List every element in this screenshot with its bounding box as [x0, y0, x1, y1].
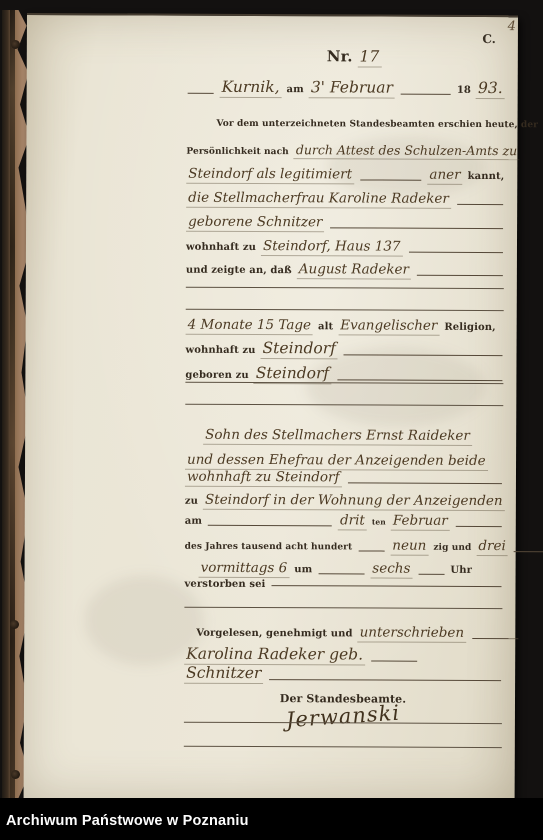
record-number-value: 17: [358, 47, 382, 67]
deceased-line-2: wohnhaft zu Steindorf: [185, 339, 503, 360]
handwritten-text: drei: [476, 538, 507, 556]
handwritten-text: unterschrieben: [358, 624, 467, 642]
handwritten-text: drit: [338, 512, 367, 530]
intro-line-5: geborene Schnitzer: [186, 214, 504, 233]
printed-text: des Jahres tausend acht hundert: [185, 542, 353, 553]
ink-rule: [417, 275, 503, 276]
ink-rule: [271, 585, 501, 587]
handwritten-text: Steindorf: [261, 339, 338, 359]
handwritten-text: sechs: [370, 561, 412, 579]
ink-rule: [358, 550, 384, 551]
printed-text: zu: [185, 496, 198, 507]
handwritten-text: durch Attest des Schulzen-Amts zu: [294, 142, 519, 160]
handwritten-text: geborene Schnitzer: [186, 214, 324, 233]
death-line-4: zu Steindorf in der Wohnung der Anzeigen…: [185, 492, 503, 511]
printed-text: Vorgelesen, genehmigt und: [196, 628, 352, 640]
intro-line-7: und zeigte an, daß August Radeker: [186, 261, 504, 280]
handwritten-signature-text: Schnitzer: [184, 664, 263, 684]
closing-line-2: Karolina Radeker geb.: [184, 645, 502, 666]
ink-rule: [456, 526, 502, 527]
ink-rule: [418, 574, 444, 575]
record-number-label: Nr.: [327, 47, 353, 65]
intro-line-3: Steindorf als legitimiert aner kannt,: [186, 166, 504, 185]
death-line-3: wohnhaft zu Steindorf: [185, 469, 503, 488]
dateline-century: 18: [457, 85, 471, 96]
registrar-signature-line: Jerwanski: [184, 704, 502, 729]
dateline: Kurnik, am 3' Februar 18 93.: [187, 78, 505, 99]
blank-form-rule: [186, 287, 504, 289]
ink-rule: [208, 525, 332, 527]
printed-text: Uhr: [450, 565, 472, 576]
ink-rule: [401, 94, 451, 95]
blank-form-rule: [184, 607, 502, 609]
intro-line-1: Vor dem unterzeichneten Standesbeamten e…: [216, 119, 504, 130]
handwritten-text: August Radeker: [297, 261, 411, 279]
printed-text: kannt,: [468, 171, 505, 182]
printed-text: und zeigte an, daß: [186, 265, 292, 276]
document-page: 4 C. Nr. 17 Kurnik, am 3' Februar 18 93.…: [24, 13, 518, 800]
binding-stitch: [11, 40, 20, 49]
handwritten-page-number: 4: [508, 19, 516, 34]
ink-rule: [318, 573, 364, 574]
intro-line-2: Persönlichkeit nach durch Attest des Sch…: [186, 142, 504, 160]
archive-watermark-bar: Archiwum Państwowe w Poznaniu: [0, 798, 543, 840]
binding-stitch: [11, 770, 20, 779]
handwritten-text: 4 Monate 15 Tage: [186, 317, 313, 336]
deceased-line-1: 4 Monate 15 Tage alt Evangelischer Relig…: [186, 317, 504, 336]
intro-line-4: die Stellmacherfrau Karoline Radeker: [186, 190, 504, 209]
printed-text: verstorben sei: [184, 579, 265, 590]
printed-text: geboren zu: [185, 370, 248, 381]
printed-text: am: [185, 516, 202, 527]
printed-text: wohnhaft zu: [186, 242, 256, 253]
closing-line-3: Schnitzer: [184, 664, 502, 685]
death-line-1: Sohn des Stellmachers Ernst Raideker: [203, 427, 503, 446]
dateline-date: 3' Februar: [309, 78, 395, 98]
book-spine-seam: [10, 10, 15, 798]
ink-rule: [514, 551, 543, 552]
ink-rule: [457, 204, 503, 205]
ink-rule: [472, 638, 518, 639]
death-line-6: des Jahres tausend acht hundert neun zig…: [185, 537, 503, 556]
printed-text: Religion,: [444, 322, 495, 333]
handwritten-text: neun: [390, 538, 428, 556]
handwritten-text: Evangelischer: [338, 317, 439, 335]
blank-form-rule: [186, 309, 504, 311]
handwritten-signature-text: Karolina Radeker geb.: [184, 645, 365, 666]
printed-text: Persönlichkeit nach: [186, 147, 288, 157]
death-line-5: am drit ten Februar: [185, 512, 503, 531]
handwritten-text: Steindorf, Haus 137: [261, 238, 403, 257]
dateline-place: Kurnik,: [220, 78, 282, 98]
ink-rule: [330, 227, 503, 229]
handwritten-text: Februar: [391, 513, 450, 531]
registrar-signature: Jerwanski: [285, 701, 400, 732]
blank-form-rule: [184, 746, 502, 748]
ink-rule: [188, 93, 214, 94]
printed-text: wohnhaft zu: [186, 345, 256, 356]
ink-rule: [337, 379, 502, 381]
ink-rule: [347, 482, 501, 484]
death-line-7: vormittags 6 um sechs Uhr: [199, 560, 503, 579]
printed-text: zig und: [433, 543, 471, 553]
intro-line-6: wohnhaft zu Steindorf, Haus 137: [186, 238, 504, 257]
printed-text: um: [294, 564, 312, 575]
ink-rule: [408, 252, 502, 253]
dateline-am-label: am: [287, 84, 304, 95]
closing-line-1: Vorgelesen, genehmigt und unterschrieben: [196, 624, 502, 643]
dateline-year: 93.: [476, 79, 505, 99]
handwritten-text: vormittags 6: [199, 560, 290, 578]
ink-rule: [269, 679, 501, 681]
blank-form-rule: [185, 404, 503, 406]
handwritten-text: Steindorf in der Wohnung der Anzeigenden: [203, 492, 505, 511]
form-content: Nr. 17 Kurnik, am 3' Februar 18 93. Vor …: [184, 16, 505, 800]
binding-stitch: [10, 620, 19, 629]
handwritten-text: Sohn des Stellmachers Ernst Raideker: [203, 427, 472, 446]
ink-rule: [371, 661, 417, 662]
printed-text: alt: [318, 321, 333, 332]
scan-background: { "archive_bar": { "label": "Archiwum Pa…: [0, 0, 543, 840]
printed-text: Vor dem unterzeichneten Standesbeamten e…: [216, 119, 538, 130]
handwritten-text: die Stellmacherfrau Karoline Radeker: [186, 190, 451, 209]
death-line-8: verstorben sei: [184, 579, 502, 591]
ink-rule: [360, 179, 421, 180]
handwritten-text: aner: [427, 167, 462, 185]
printed-ordinal-suffix: ten: [372, 518, 386, 527]
record-number-line: Nr. 17: [327, 47, 382, 67]
ink-rule: [344, 354, 503, 356]
handwritten-text: Steindorf als legitimiert: [186, 166, 354, 185]
archive-watermark-label: Archiwum Państwowe w Poznaniu: [6, 813, 249, 829]
handwritten-text: wohnhaft zu Steindorf: [185, 469, 342, 488]
